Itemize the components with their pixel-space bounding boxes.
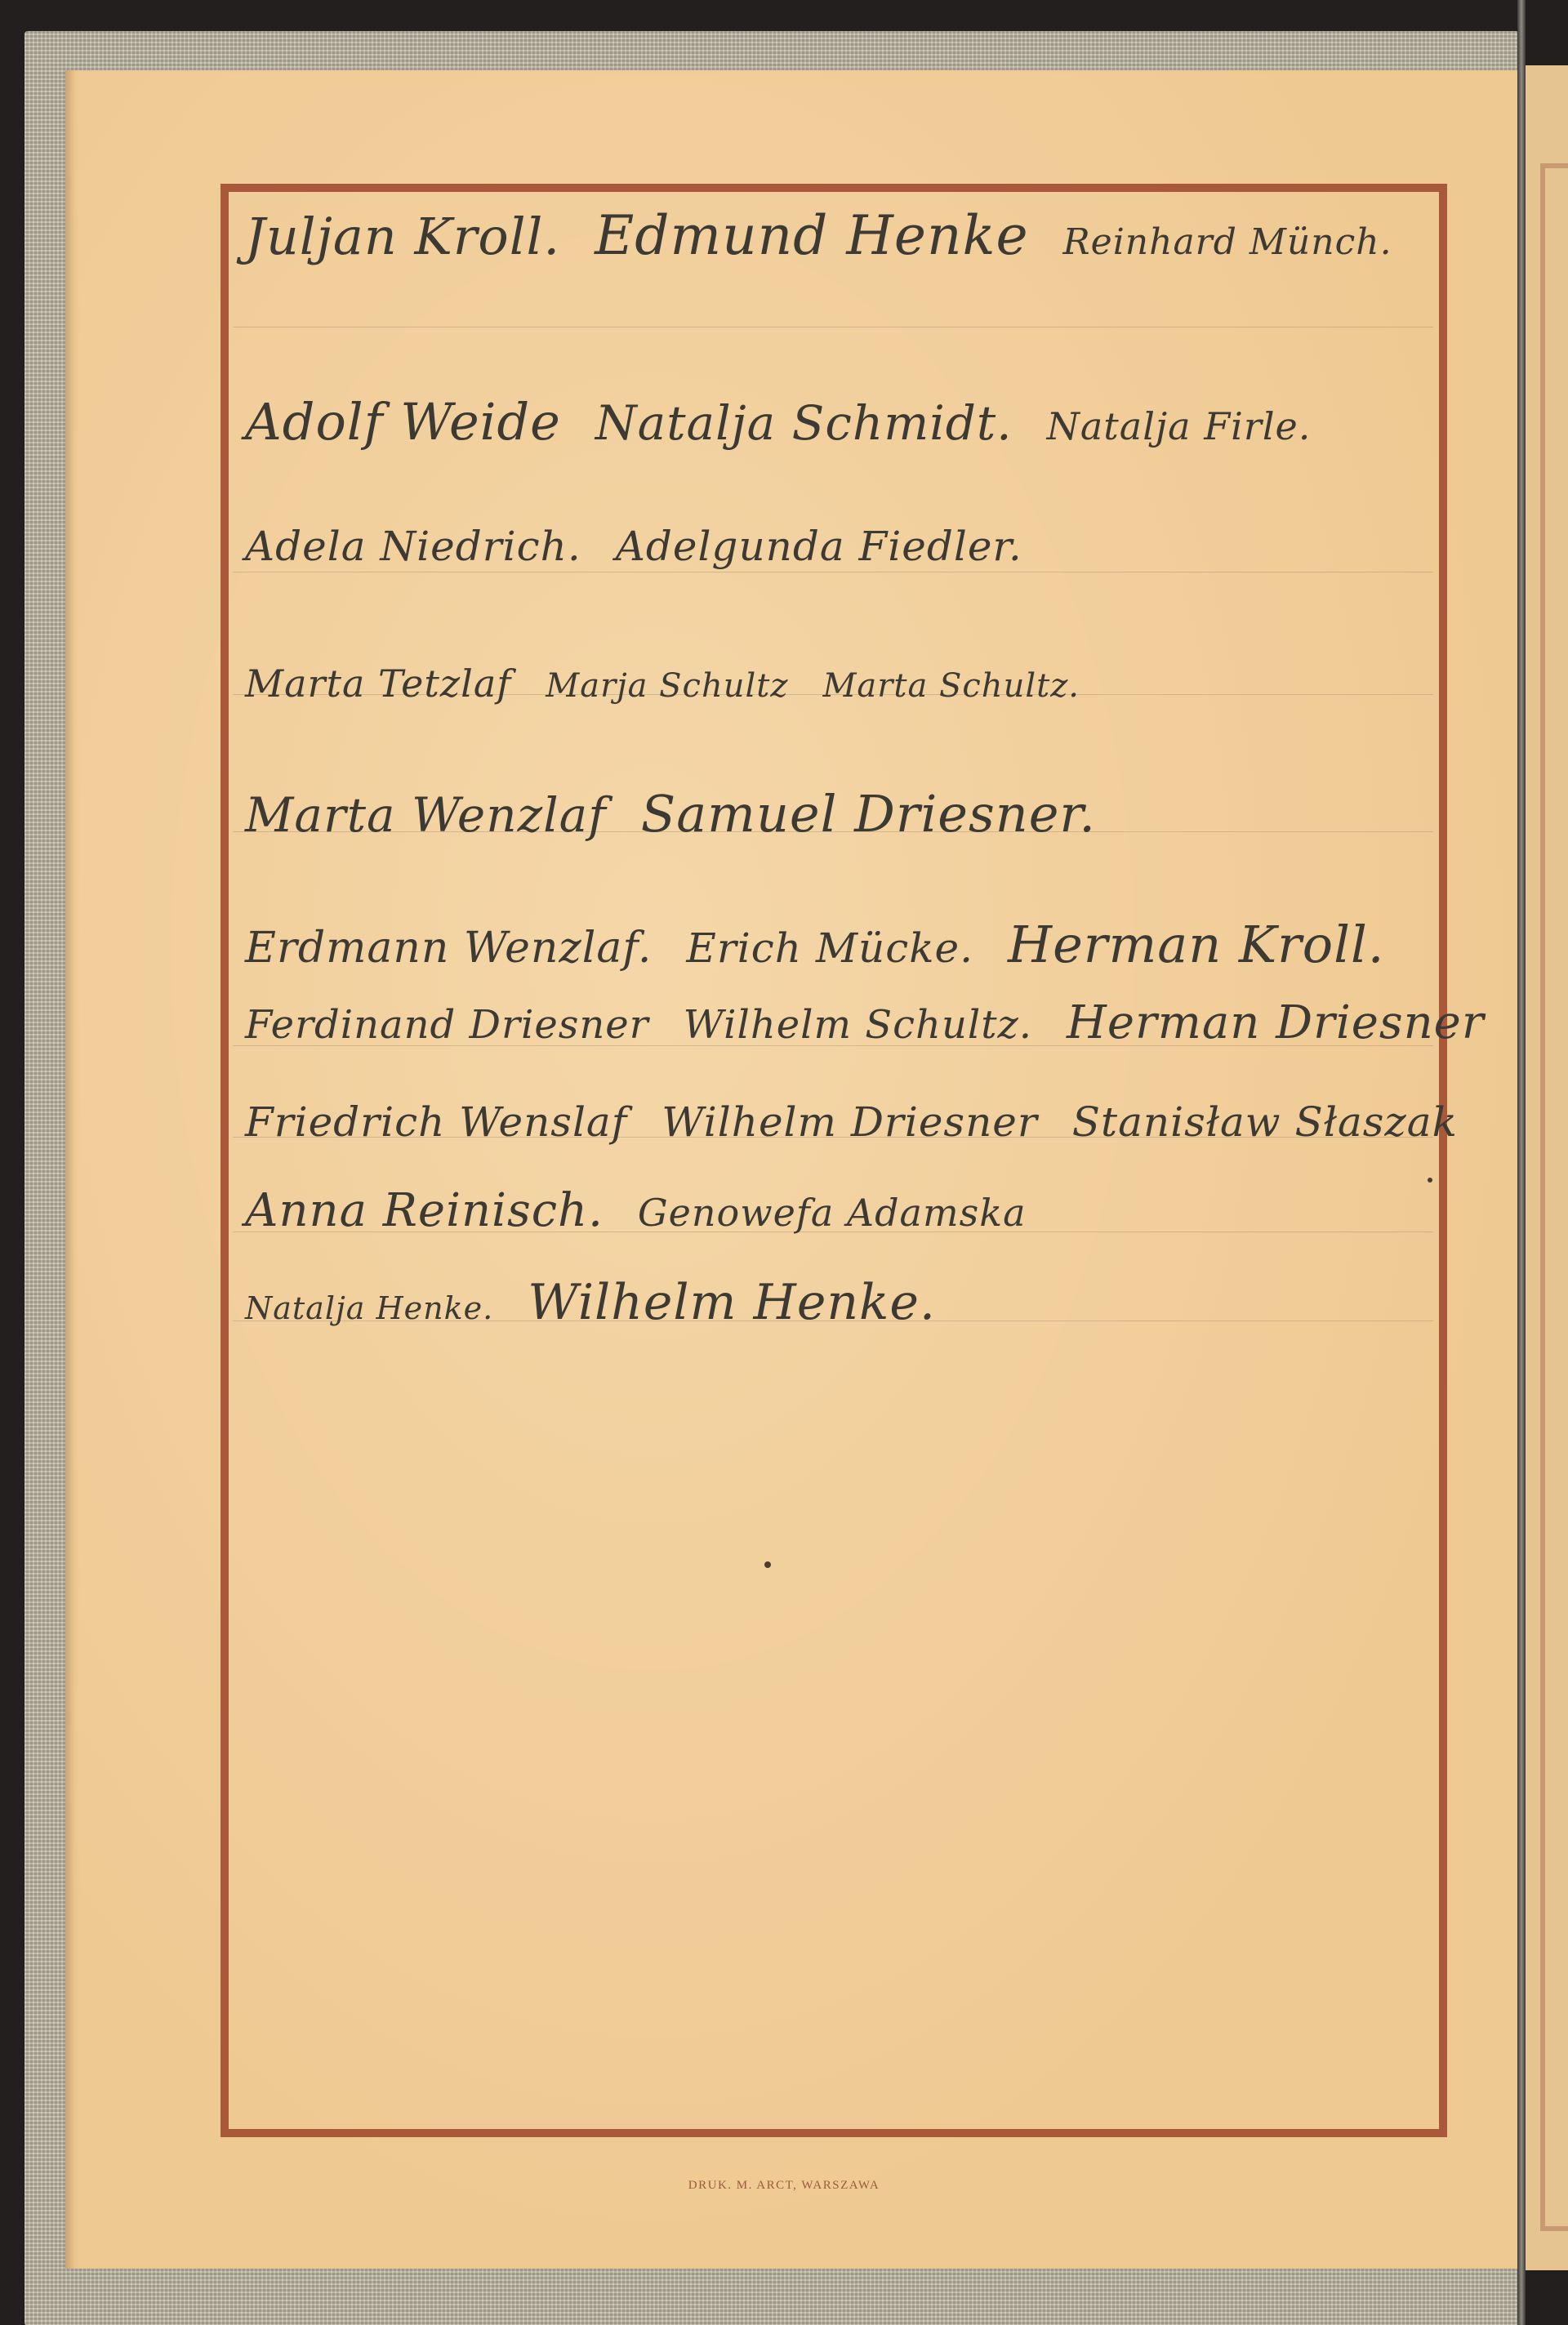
- handwritten-name: Herman Driesner: [1067, 996, 1485, 1049]
- ruled-line: [233, 327, 1433, 327]
- handwritten-name: Wilhelm Schultz.: [684, 1002, 1032, 1048]
- handwritten-name: Marta Schultz.: [822, 667, 1080, 705]
- name-row: Friedrich WenslafWilhelm DriesnerStanisł…: [245, 1098, 1429, 1146]
- handwritten-name: Ferdinand Driesner: [245, 1002, 649, 1048]
- printer-imprint: DRUK. M. ARCT, WARSZAWA: [0, 2179, 1568, 2193]
- name-row: Adela Niedrich.Adelgunda Fiedler.: [245, 523, 1429, 570]
- handwritten-name: Samuel Driesner.: [641, 784, 1096, 844]
- handwritten-name: Marja Schultz: [546, 667, 788, 705]
- name-row: Anna Reinisch.Genowefa Adamska: [245, 1184, 1429, 1237]
- name-row: Erdmann Wenzlaf.Erich Mücke.Herman Kroll…: [245, 915, 1429, 974]
- handwritten-name: Marta Tetzlaf: [245, 661, 511, 706]
- handwritten-name: Erdmann Wenzlaf.: [245, 924, 652, 973]
- name-row: Juljan Kroll.Edmund HenkeReinhard Münch.: [245, 204, 1429, 267]
- handwritten-name: Anna Reinisch.: [245, 1184, 604, 1237]
- handwritten-name: Genowefa Adamska: [638, 1191, 1027, 1235]
- ink-speck: [1428, 1178, 1432, 1183]
- handwritten-name: Juljan Kroll.: [245, 207, 560, 266]
- facing-page-edge: [1526, 65, 1568, 2270]
- handwritten-name: Friedrich Wenslaf: [245, 1098, 627, 1146]
- name-row: Adolf WeideNatalja Schmidt.Natalja Firle…: [245, 392, 1429, 452]
- handwritten-name: Wilhelm Henke.: [528, 1274, 936, 1331]
- handwritten-name: Adela Niedrich.: [245, 523, 581, 570]
- name-row: Marta TetzlafMarja SchultzMarta Schultz.: [245, 661, 1429, 706]
- handwritten-name: Herman Kroll.: [1008, 915, 1384, 974]
- ink-speck: [764, 1561, 771, 1568]
- handwritten-name: Adolf Weide: [245, 392, 561, 452]
- handwritten-name: Natalja Henke.: [245, 1290, 493, 1326]
- name-row: Ferdinand DriesnerWilhelm Schultz.Herman…: [245, 996, 1429, 1049]
- handwritten-name: Wilhelm Driesner: [661, 1098, 1038, 1146]
- handwritten-name: Natalja Firle.: [1047, 404, 1312, 448]
- handwritten-name: Erich Mücke.: [686, 924, 973, 972]
- handwritten-name: Stanisław Słaszak: [1072, 1098, 1458, 1146]
- handwritten-name: Natalja Schmidt.: [595, 395, 1013, 451]
- printed-frame: [220, 184, 1447, 2137]
- handwritten-name: Reinhard Münch.: [1063, 221, 1392, 263]
- handwritten-name: Marta Wenzlaf: [245, 787, 607, 843]
- handwritten-name: Adelgunda Fiedler.: [616, 523, 1022, 570]
- handwritten-name: Edmund Henke: [595, 204, 1028, 267]
- facing-page-frame: [1540, 163, 1568, 2231]
- ruled-line: [233, 572, 1433, 572]
- name-row: Marta WenzlafSamuel Driesner.: [245, 784, 1429, 844]
- name-row: Natalja Henke.Wilhelm Henke.: [245, 1274, 1429, 1331]
- book-gutter: [1517, 0, 1526, 2325]
